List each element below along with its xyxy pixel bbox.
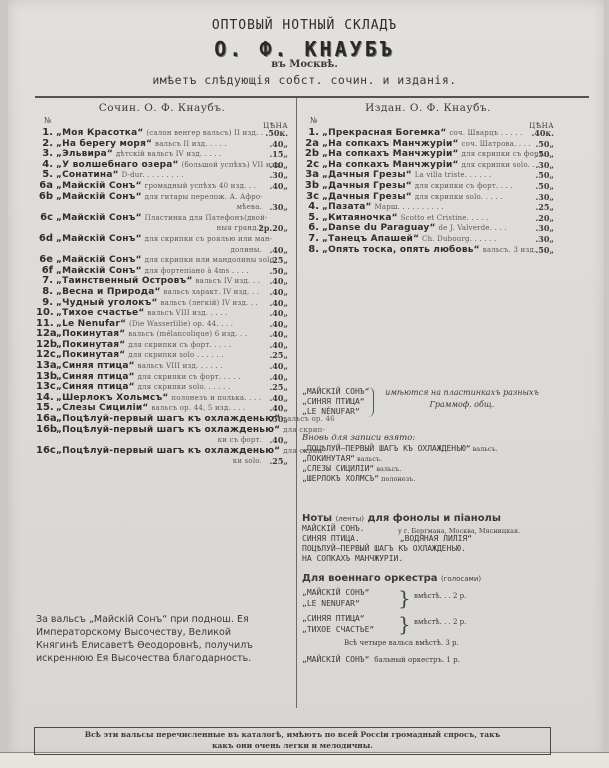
- item-title: „Майскій Сонъ“: [56, 181, 142, 191]
- item-price: .40„: [269, 181, 288, 192]
- item-description: ки solo.: [233, 457, 262, 465]
- item-title: „Поцѣлуй-первый шагъ къ охлажденью“: [56, 414, 280, 424]
- item-price: .25„: [269, 456, 288, 467]
- item-title: „Майскій Сонъ“: [56, 234, 142, 244]
- item-price: .40к.: [532, 128, 554, 139]
- catalog-row: 5.„Китаяночка“ Scotto et Cristine. . . .…: [302, 213, 554, 224]
- item-price: .50„: [535, 181, 554, 192]
- item-title: „Тихое счастье“: [56, 308, 144, 318]
- item-title: „Чудный уголокъ“: [56, 298, 158, 308]
- item-description: для скрипки solo. . .: [462, 161, 540, 169]
- item-description: вальсъ op. 44, 5 изд. . . .: [151, 404, 245, 412]
- item-title: „Дачныя Грезы“: [322, 181, 412, 191]
- item-title: „Эльвира“: [56, 149, 113, 159]
- catalog-row: 9.„Чудный уголокъ“ вальсъ (легкій) IV из…: [36, 298, 288, 309]
- item-description: для скрипки съ форт. . . . .: [138, 373, 241, 381]
- item-price: .40„: [269, 361, 288, 372]
- catalog-row: 11.„Le Nenufar“ (Die Wasserlilie) op. 44…: [36, 319, 288, 330]
- header-publisher-name: О. Ф. КНАУБЪ: [0, 37, 609, 61]
- catalog-row: 6e„Майскій Сонъ“ для скрипки или мандоли…: [36, 255, 288, 266]
- item-price: .40„: [269, 403, 288, 414]
- catalog-row: 3.„Эльвира“ дѣтскій вальсъ IV изд. . . .…: [36, 149, 288, 160]
- catalog-row: 5.„Сонатина“ D-dur. . . . . . . . ..30„: [36, 170, 288, 181]
- frame-top-rule: [35, 96, 589, 98]
- editions-list: 1.„Прекрасная Богемка“ соч. Шварцъ . . .…: [302, 128, 554, 255]
- item-price: .30„: [535, 223, 554, 234]
- item-price: .40„: [269, 393, 288, 404]
- item-description: полонезъ и полька. . . .: [171, 394, 261, 402]
- catalog-row: 6b„Майскій Сонъ“ для гитары перелож. А. …: [36, 192, 288, 203]
- footer-notice: Всѣ эти вальсы перечисленные въ каталогѣ…: [34, 727, 551, 755]
- item-price: .50„: [535, 245, 554, 256]
- compositions-list: 1.„Моя Красотка“ (салон венгер вальсъ) I…: [36, 128, 288, 467]
- item-number: 7.: [302, 234, 319, 245]
- item-price: .40„: [269, 372, 288, 383]
- item-number: 6а: [36, 181, 53, 192]
- catalog-row: 7.„Таинственный Островъ“ вальсъ IV изд. …: [36, 276, 288, 287]
- rolls-heading: Ноты (ленты) для фонолы и піанолы: [302, 513, 582, 524]
- item-title: „Пазата“: [322, 202, 372, 212]
- catalog-row: 7.„Танецъ Апашей“ Ch. Dubourg. . . . . .…: [302, 234, 554, 245]
- item-description: долины.: [231, 246, 263, 254]
- item-price: .30„: [535, 192, 554, 203]
- item-price: 2р.20„: [258, 223, 288, 234]
- item-description: ныя гранд.): [217, 224, 262, 232]
- item-title: „Весна и Природа“: [56, 287, 161, 297]
- catalog-row: 13c„Синяя птица“ для скрипки solo. . . .…: [36, 382, 288, 393]
- item-title: „Дачныя Грезы“: [322, 192, 412, 202]
- item-description: для скрипки съ форт. . . . .: [128, 341, 231, 349]
- item-price: .50к.: [266, 128, 288, 139]
- item-description: ки съ форт.: [218, 436, 262, 444]
- item-description: для скрипки съ форт. . . .: [415, 182, 513, 190]
- item-price: .30„: [269, 170, 288, 181]
- catalog-row: 15.„Слезы Сициліи“ вальсъ op. 44, 5 изд.…: [36, 403, 288, 414]
- item-price: .30„: [535, 234, 554, 245]
- item-price: .50„: [269, 266, 288, 277]
- item-price: .25„: [269, 382, 288, 393]
- item-description: для скрипки съ роялью или ман-: [145, 235, 273, 243]
- catalog-row: 2b„На сопкахъ Манчжуріи“ для скрипки съ …: [302, 149, 554, 160]
- item-number: 3b: [302, 181, 319, 192]
- item-title: „Покинутая“: [56, 340, 125, 350]
- newly-item: „ПОКИНУТАЯ“ вальсъ.: [302, 454, 582, 464]
- catalog-row-continuation: мѣева..30„: [36, 202, 288, 213]
- item-title: „Синяя птица“: [56, 382, 135, 392]
- item-description: Ch. Dubourg. . . . . .: [422, 235, 496, 243]
- military-orchestra-section: Для военнаго оркестра (голосами) „МАЙСКІ…: [302, 573, 582, 664]
- item-number: 6c: [36, 213, 53, 224]
- catalog-row-continuation: ки solo..25„: [36, 456, 288, 467]
- item-description: Пластинка для Патефонъ(двой-: [145, 214, 268, 222]
- item-description: вальсъ II изд. . . . .: [155, 140, 227, 148]
- item-description: Scotto et Cristine. . . . .: [401, 214, 489, 222]
- item-description: (салон венгер вальсъ) II изд. . .: [146, 129, 268, 137]
- header-subtitle: имѣетъ слѣдующія собст. сочин. и изданія…: [0, 73, 609, 87]
- item-price: .50„: [269, 414, 288, 425]
- item-description: дѣтскій вальсъ IV изд. . . . .: [116, 150, 222, 158]
- compositions-title: Сочин. О. Ф. Кнаубъ.: [36, 102, 288, 114]
- orchestra-group: „МАЙСКІЙ СОНЪ“„LE NENUFAR“} вмѣстѣ. . . …: [302, 587, 582, 610]
- item-title: „Покинутая“: [56, 350, 125, 360]
- item-price: .30„: [535, 160, 554, 171]
- item-title: „Майскій Сонъ“: [56, 255, 142, 265]
- item-description: вальсъ VIII изд. . . . .: [147, 309, 227, 317]
- item-price: .40„: [269, 329, 288, 340]
- catalog-row: 10.„Тихое счастье“ вальсъ VIII изд. . . …: [36, 308, 288, 319]
- catalog-row: 16b„Поцѣлуй-первый шагъ къ охлажденью“ д…: [36, 425, 288, 436]
- catalog-row: 12c„Покинутая“ для скрипки solo . . . . …: [36, 350, 288, 361]
- newly-item: „СЛЕЗЫ СИЦИЛІИ“ вальсъ.: [302, 464, 582, 474]
- item-number: 1.: [36, 128, 53, 139]
- item-title: „Танецъ Апашей“: [322, 234, 419, 244]
- item-description: вальсъ IV изд. . .: [196, 277, 261, 285]
- item-title: „На сопкахъ Манчжуріи“: [322, 139, 459, 149]
- item-title: „На берегу моря“: [56, 139, 152, 149]
- item-description: для скрипки solo . . . . . .: [128, 351, 223, 359]
- catalog-row: 2.„На берегу моря“ вальсъ II изд. . . . …: [36, 139, 288, 150]
- item-title: „Покинутая“: [56, 329, 125, 339]
- newly-item: „ПОЦѢЛУЙ—ПЕРВЫЙ ШАГЪ КЪ ОХЛАЖДЕНЬЮ“ валь…: [302, 444, 582, 454]
- item-price: .25„: [535, 202, 554, 213]
- item-description: D-dur. . . . . . . . .: [122, 171, 184, 179]
- item-price: .50„: [535, 139, 554, 150]
- catalog-row: 6c„Майскій Сонъ“ Пластинка для Патефонъ(…: [36, 213, 288, 224]
- catalog-row: 6d„Майскій Сонъ“ для скрипки съ роялью и…: [36, 234, 288, 245]
- editions-title: Издан. О. Ф. Кнаубъ.: [302, 102, 554, 114]
- catalog-row: 8.„Весна и Природа“ вальсъ характ. IV из…: [36, 287, 288, 298]
- rolls-seller: у г. Бергмана, Москва, Мясницкая.: [398, 527, 520, 535]
- item-title: „У волшебнаго озера“: [56, 160, 179, 170]
- item-title: „Шерлокъ Хольмсъ“: [56, 393, 169, 403]
- item-title: „Le Nenufar“: [56, 319, 126, 329]
- catalog-row: 8.„Опять тоска, опять любовь“ вальсъ. 3 …: [302, 245, 554, 256]
- item-description: мѣева.: [237, 203, 262, 211]
- item-price: .15„: [269, 149, 288, 160]
- newly-recorded-section: Вновь для записи взято: „ПОЦѢЛУЙ—ПЕРВЫЙ …: [302, 433, 582, 484]
- item-title: „Поцѣлуй-первый шагъ къ охлажденью“: [56, 425, 280, 435]
- item-description: La villa triste. . . . . .: [415, 171, 492, 179]
- item-title: „Синяя птица“: [56, 372, 135, 382]
- catalog-row: 12b„Покинутая“ для скрипки съ форт. . . …: [36, 340, 288, 351]
- item-title: „Прекрасная Богемка“: [322, 128, 446, 138]
- item-description: для скрипки solo. . . . . .: [138, 383, 231, 391]
- piano-rolls-section: Ноты (ленты) для фонолы и піанолы у г. Б…: [302, 513, 582, 564]
- item-description: громадный успѣхъ 40 изд. . .: [145, 182, 257, 190]
- compositions-column: Сочин. О. Ф. Кнаубъ. № ЦѢНА 1.„Моя Красо…: [36, 100, 288, 467]
- item-price: .40„: [269, 139, 288, 150]
- catalog-row-continuation: ныя гранд.)2р.20„: [36, 223, 288, 234]
- item-price: .30„: [269, 202, 288, 213]
- item-description: (большой успѣхъ) VII изд.: [182, 161, 282, 169]
- item-price: .40„: [269, 298, 288, 309]
- item-description: вальсъ VIII изд. . . . . .: [138, 362, 223, 370]
- item-description: de J. Valverde. . . .: [439, 224, 507, 232]
- item-title: „Синяя птица“: [56, 361, 135, 371]
- item-price: .40„: [269, 319, 288, 330]
- item-title: „Майскій Сонъ“: [56, 266, 142, 276]
- item-title: „Майскій Сонъ“: [56, 192, 142, 202]
- catalog-row: 13b„Синяя птица“ для скрипки съ форт. . …: [36, 372, 288, 383]
- item-number: 6d: [36, 234, 53, 245]
- item-number: 6b: [36, 192, 53, 203]
- roll-item: СИНЯЯ ПТИЦА.„ВОДЯНАЯ ЛИЛІЯ“: [302, 534, 582, 544]
- item-price: .40„: [269, 276, 288, 287]
- column-divider: [296, 98, 297, 708]
- number-header: №: [44, 116, 52, 125]
- item-price: .25„: [269, 255, 288, 266]
- catalog-row: 2а„На сопкахъ Манчжуріи“ соч. Шатрова. .…: [302, 139, 554, 150]
- catalog-row: 1.„Прекрасная Богемка“ соч. Шварцъ . . .…: [302, 128, 554, 139]
- item-number: 16b: [36, 425, 53, 436]
- item-number: 1.: [302, 128, 319, 139]
- item-number: 8.: [36, 287, 53, 298]
- catalog-row: 14.„Шерлокъ Хольмсъ“ полонезъ и полька. …: [36, 393, 288, 404]
- item-price: .40„: [269, 308, 288, 319]
- gramophone-note: имѣются на пластинкахъ разныхъ Граммоф. …: [385, 387, 539, 411]
- item-price: .40„: [269, 245, 288, 256]
- catalog-row: 6.„Danse du Paraguay“ de J. Valverde. . …: [302, 223, 554, 234]
- item-price: .50„: [535, 170, 554, 181]
- orchestra-all-four: Всѣ четыре вальса вмѣстѣ. 3 р.: [344, 639, 582, 647]
- catalog-row-continuation: долины..40„: [36, 245, 288, 256]
- item-title: „Китаяночка“: [322, 213, 398, 223]
- orchestra-heading: Для военнаго оркестра (голосами): [302, 573, 582, 584]
- item-description: для скрипки solo. . . . .: [415, 193, 503, 201]
- catalog-row: 4.„У волшебнаго озера“ (большой успѣхъ) …: [36, 160, 288, 171]
- editions-column: Издан. О. Ф. Кнаубъ. № ЦѢНА 1.„Прекрасна…: [302, 100, 554, 255]
- item-title: „Моя Красотка“: [56, 128, 143, 138]
- item-title: „Поцѣлуй-первый шагъ къ охлажденью“: [56, 446, 280, 456]
- catalog-row: 6f„Майскій Сонъ“ для фортепіано à 4ms . …: [36, 266, 288, 277]
- item-title: „На сопкахъ Манчжуріи“: [322, 149, 459, 159]
- item-number: 16c: [36, 446, 53, 457]
- catalog-row: 4.„Пазата“ Марш. . . . . . . . . ..25„: [302, 202, 554, 213]
- item-description: вальсъ (легкій) IV изд. . .: [161, 299, 259, 307]
- catalog-row: 16c„Поцѣлуй-первый шагъ къ охлажденью“ д…: [36, 446, 288, 457]
- item-price: .40„: [269, 287, 288, 298]
- catalog-row: 2c„На сопкахъ Манчжуріи“ для скрипки sol…: [302, 160, 554, 171]
- catalog-row: 6а„Майскій Сонъ“ громадный успѣхъ 40 изд…: [36, 181, 288, 192]
- catalog-row: 12а„Покинутая“ вальсъ (mélancolique) 6 и…: [36, 329, 288, 340]
- number-header: №: [310, 116, 318, 125]
- item-description: для скрипки или мандолины solo.: [145, 256, 277, 264]
- item-description: вальсъ характ. IV изд. . .: [164, 288, 260, 296]
- item-price: .20„: [535, 213, 554, 224]
- item-description: вальсъ (mélancolique) 6 изд. . .: [128, 330, 247, 338]
- item-description: соч. Шатрова. . . .: [462, 140, 531, 148]
- item-number: 8.: [302, 245, 319, 256]
- catalog-row: 3b„Дачныя Грезы“ для скрипки съ форт. . …: [302, 181, 554, 192]
- catalog-row: 3а„Дачныя Грезы“ La villa triste. . . . …: [302, 170, 554, 181]
- item-description: соч. Шварцъ . . . . .: [449, 129, 522, 137]
- catalog-row-continuation: ки съ форт..40„: [36, 435, 288, 446]
- item-title: „Дачныя Грезы“: [322, 170, 412, 180]
- gramophone-titles: „МАЙСКІЙ СОНЪ“ „СИНЯЯ ПТИЦА“ „LE NÉNUFAR…: [302, 387, 374, 417]
- newly-item: „ШЕРЛОКЪ ХОЛМСЪ“ полонезъ.: [302, 474, 582, 484]
- item-title: „Опять тоска, опять любовь“: [322, 245, 480, 255]
- item-description: для фортепіано à 4ms . . . .: [145, 267, 249, 275]
- item-title: „Слезы Сициліи“: [56, 403, 149, 413]
- catalog-row: 1.„Моя Красотка“ (салон венгер вальсъ) I…: [36, 128, 288, 139]
- catalog-row: 3c„Дачныя Грезы“ для скрипки solo. . . .…: [302, 192, 554, 203]
- roll-item: НА СОПКАХЪ МАНЧЖУРІИ.: [302, 554, 582, 564]
- dedication-note: За вальсъ „Майскій Сонъ“ при поднош. Ея …: [36, 613, 276, 665]
- item-description: для гитары перелож. А. Афро-: [145, 193, 263, 201]
- item-title: „На сопкахъ Манчжуріи“: [322, 160, 459, 170]
- item-description: Марш. . . . . . . . . .: [375, 203, 444, 211]
- catalog-row: 16а„Поцѣлуй-первый шагъ къ охлажденью“ в…: [36, 414, 288, 425]
- item-price: .40„: [269, 435, 288, 446]
- item-title: „Майскій Сонъ“: [56, 213, 142, 223]
- item-price: .40„: [269, 340, 288, 351]
- newly-heading: Вновь для записи взято:: [302, 433, 582, 443]
- item-description: (Die Wasserlilie) op. 44. . . .: [129, 320, 233, 328]
- catalog-row: 13а„Синяя птица“ вальсъ VIII изд. . . . …: [36, 361, 288, 372]
- gramophone-records-note: „МАЙСКІЙ СОНЪ“ „СИНЯЯ ПТИЦА“ „LE NÉNUFAR…: [302, 387, 562, 417]
- roll-item: ПОЦѢЛУЙ—ПЕРВЫЙ ШАГЪ КЪ ОХЛАЖДЕНЬЮ.: [302, 544, 582, 554]
- item-price: .50„: [535, 149, 554, 160]
- item-price: .25„: [269, 350, 288, 361]
- header-warehouse: ОПТОВЫЙ НОТНЫЙ СКЛАДЪ: [0, 18, 609, 33]
- item-title: „Сонатина“: [56, 170, 119, 180]
- item-title: „Danse du Paraguay“: [322, 223, 436, 233]
- orchestra-group: „СИНЯЯ ПТИЦА“„ТИХОЕ СЧАСТЬЕ“} вмѣстѣ. . …: [302, 613, 582, 636]
- item-title: „Таинственный Островъ“: [56, 276, 193, 286]
- header-city: въ Москвѣ.: [0, 59, 609, 70]
- ball-orchestra: „МАЙСКІЙ СОНЪ“ бальный оркестръ. 1 р.: [302, 655, 582, 664]
- item-price: .40„: [269, 160, 288, 171]
